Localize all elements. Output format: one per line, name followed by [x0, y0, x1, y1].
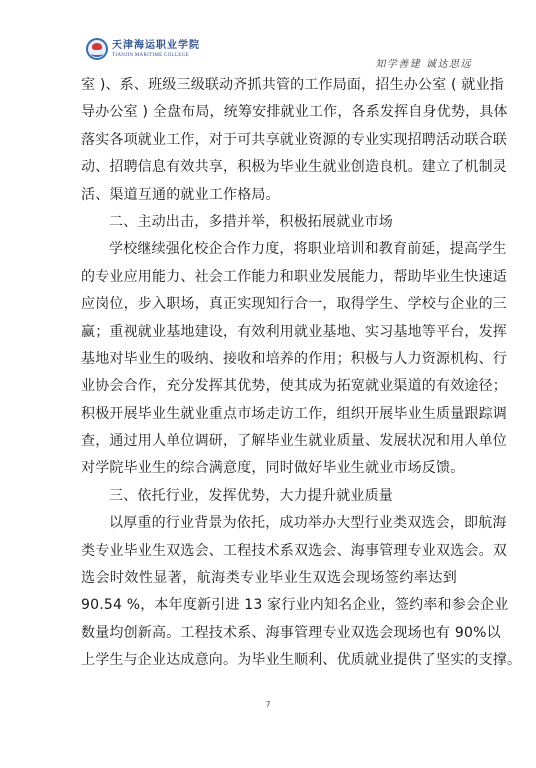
text-line: 以厚重的行业背景为依托，成功举办大型行业类双选会，即航海: [81, 510, 457, 537]
text-line: 室 )、系、班级三级联动齐抓共管的工作局面，招生办公室 ( 就业指: [81, 72, 457, 99]
text-line: 应岗位，步入职场，真正实现知行合一，取得学生、学校与企业的三: [81, 291, 457, 318]
page-number: 7: [0, 700, 536, 709]
school-name-en: TIANJIN MARITIME COLLEGE: [112, 52, 200, 59]
school-motto: 知学善建 诚达思远: [375, 55, 472, 70]
text-line: 对学院毕业生的综合满意度，同时做好毕业生就业市场反馈。: [81, 455, 457, 482]
text-line: 数量均创新高。工程技术系、海事管理专业双选会现场也有 90%以: [81, 620, 457, 647]
school-logo: 天津海运职业学院 TIANJIN MARITIME COLLEGE: [86, 38, 200, 60]
text-line: 导办公室 ) 全盘布局，统筹安排就业工作，各系发挥自身优势，具体: [81, 99, 457, 126]
text-line: 积极开展毕业生就业重点市场走访工作，组织开展毕业生质量跟踪调: [81, 401, 457, 428]
school-emblem-icon: [86, 38, 108, 60]
school-name-cn: 天津海运职业学院: [112, 40, 200, 52]
text-line: 上学生与企业达成意向。为毕业生顺利、优质就业提供了坚实的支撑。: [81, 647, 457, 674]
text-line: 的专业应用能力、社会工作能力和职业发展能力，帮助毕业生快速适: [81, 264, 457, 291]
text-line: 落实各项就业工作，对于可共享就业资源的专业实现招聘活动联合联: [81, 127, 457, 154]
text-line: 动、招聘信息有效共享，积极为毕业生就业创造良机。建立了机制灵: [81, 154, 457, 181]
text-line: 活、渠道互通的就业工作格局。: [81, 182, 457, 209]
text-line: 学校继续强化校企合作力度，将职业培训和教育前延，提高学生: [81, 236, 457, 263]
text-line: 查，通过用人单位调研，了解毕业生就业质量、发展状况和用人单位: [81, 428, 457, 455]
page-header: 天津海运职业学院 TIANJIN MARITIME COLLEGE 知学善建 诚…: [0, 0, 536, 70]
document-body: 室 )、系、班级三级联动齐抓共管的工作局面，招生办公室 ( 就业指 导办公室 )…: [81, 72, 457, 675]
text-line: 90.54 %，本年度新引进 13 家行业内知名企业，签约率和参会企业: [81, 592, 457, 619]
text-line: 选会时效性显著，航海类专业毕业生双选会现场签约率达到: [81, 565, 457, 592]
text-line: 基地对毕业生的吸纳、接收和培养的作用；积极与人力资源机构、行: [81, 346, 457, 373]
section-heading: 三、依托行业，发挥优势，大力提升就业质量: [81, 483, 457, 510]
school-name: 天津海运职业学院 TIANJIN MARITIME COLLEGE: [112, 40, 200, 59]
text-line: 赢；重视就业基地建设，有效利用就业基地、实习基地等平台，发挥: [81, 319, 457, 346]
text-line: 类专业毕业生双选会、工程技术系双选会、海事管理专业双选会。双: [81, 538, 457, 565]
text-line: 业协会合作，充分发挥其优势，使其成为拓宽就业渠道的有效途径；: [81, 373, 457, 400]
section-heading: 二、主动出击，多措并举，积极拓展就业市场: [81, 209, 457, 236]
